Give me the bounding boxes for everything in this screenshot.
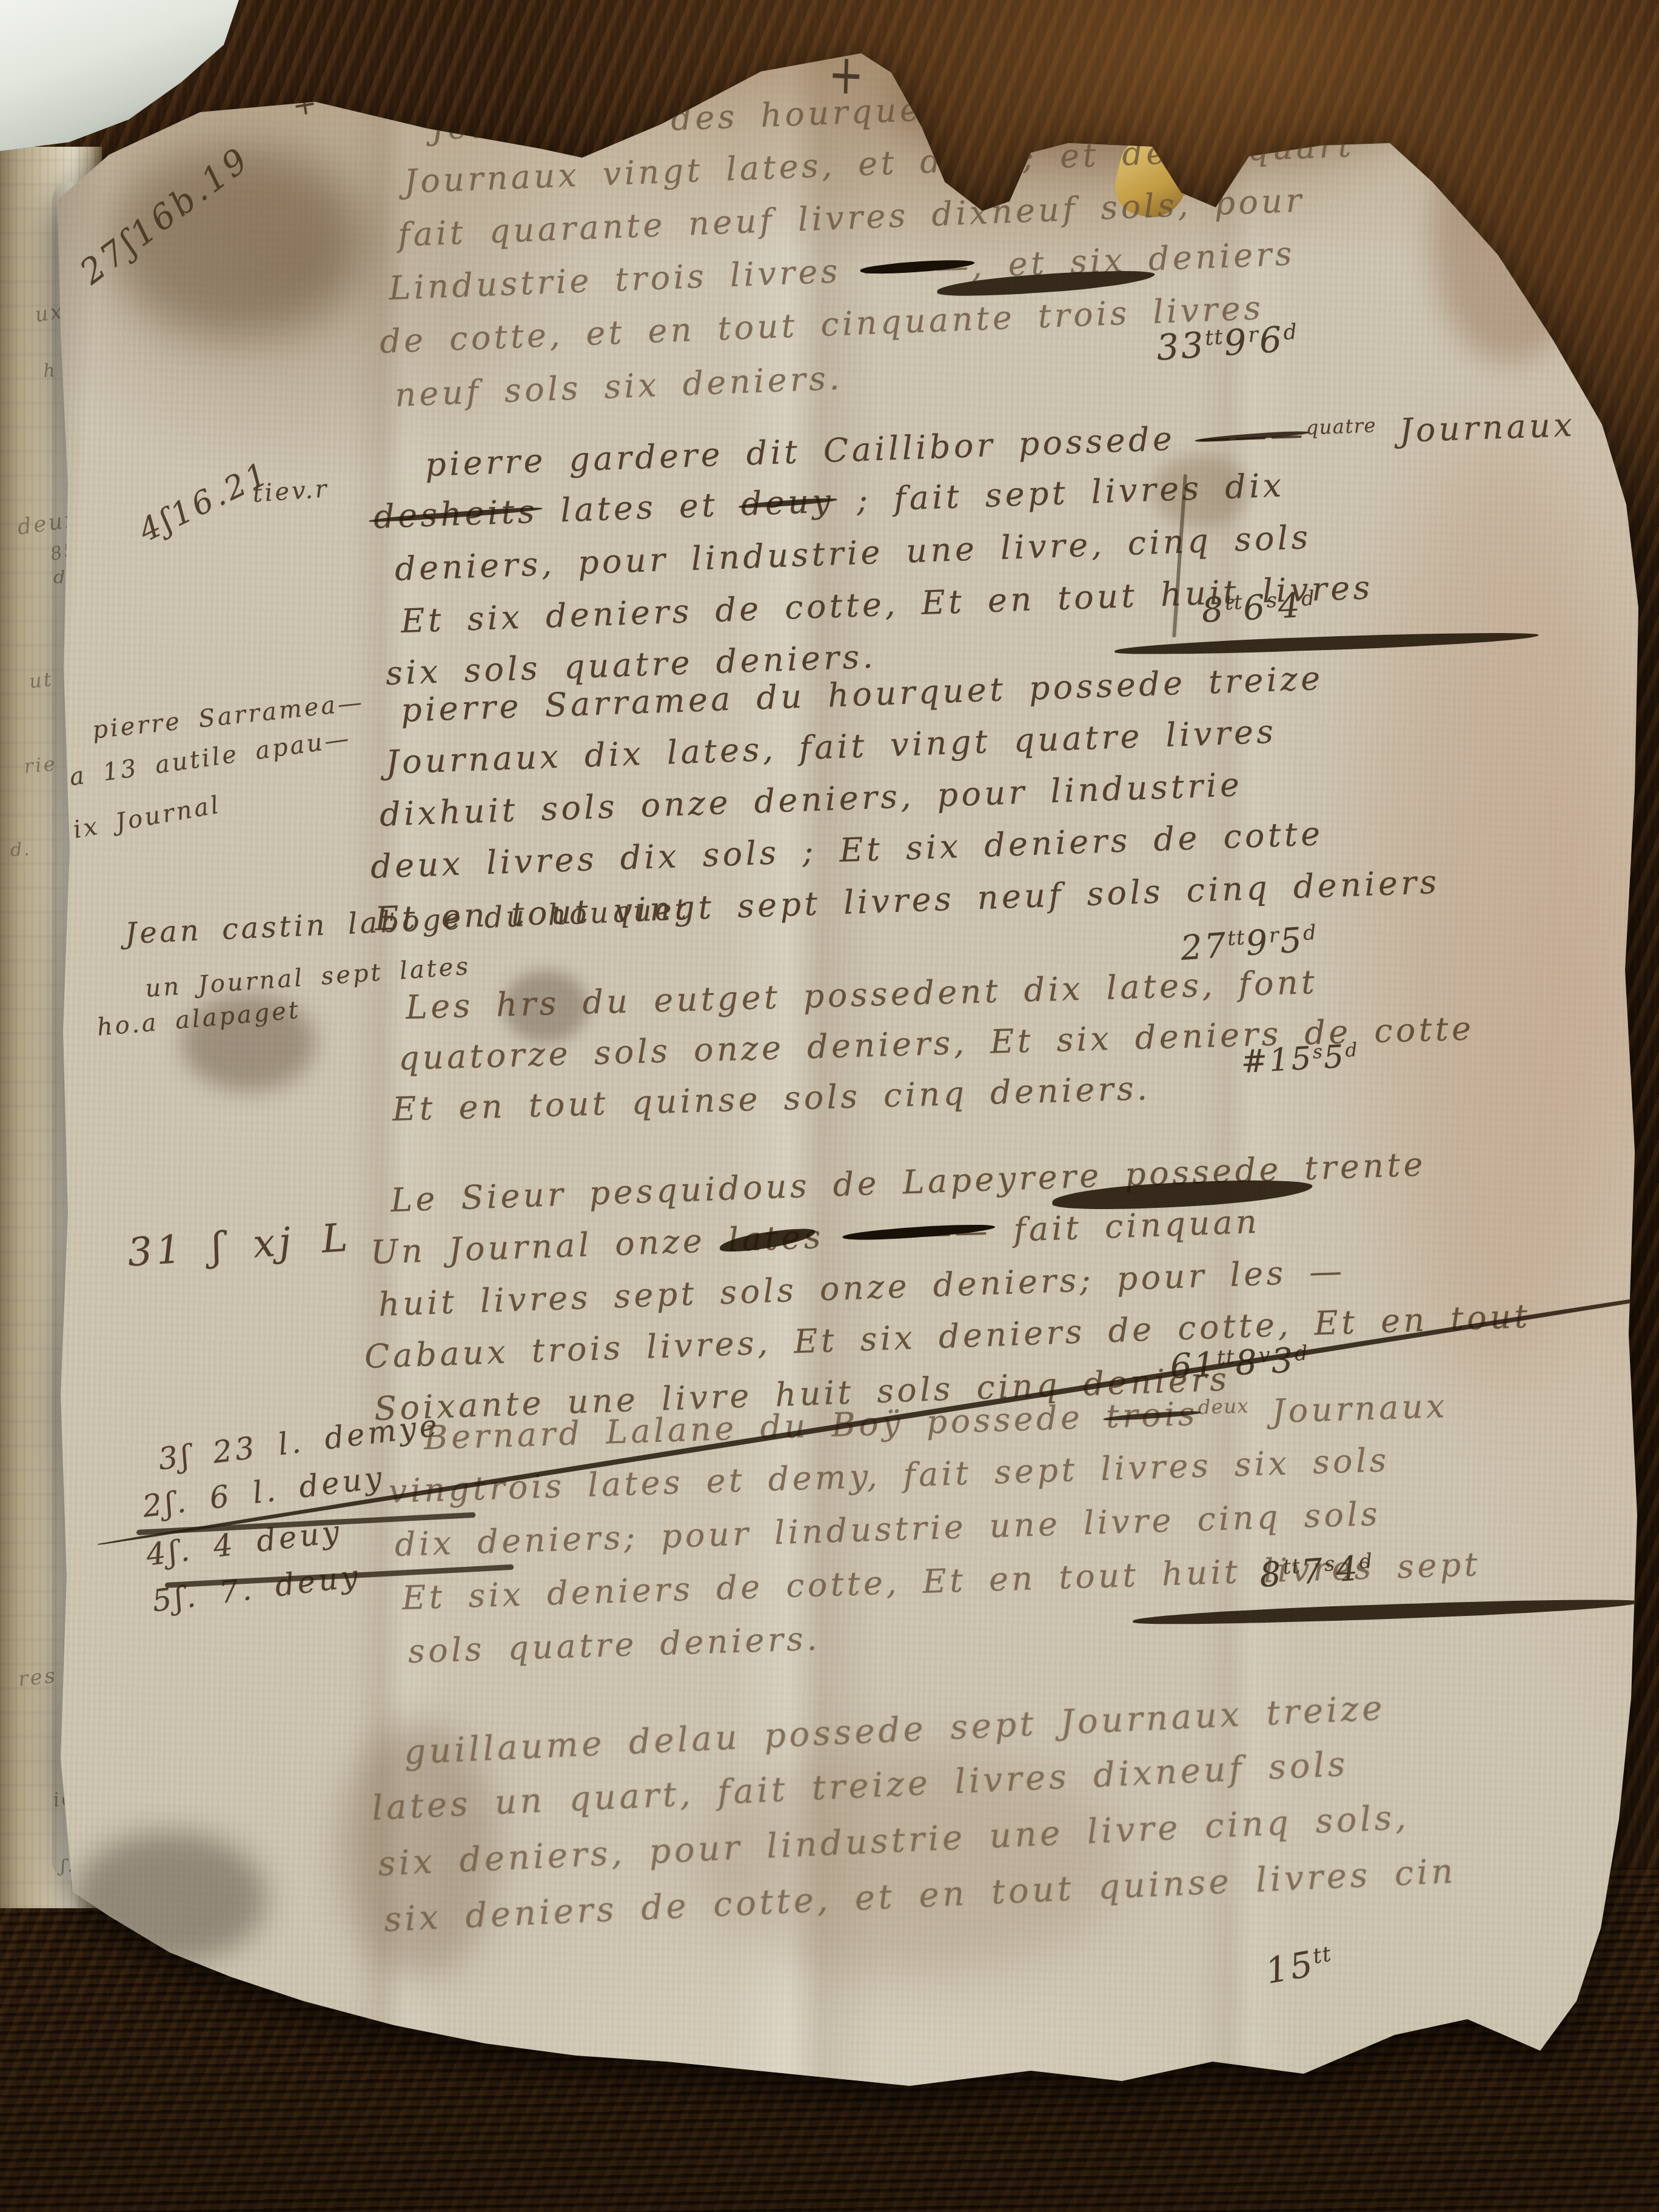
- amount-total: #15s5d: [1240, 1038, 1359, 1081]
- inserted-word: deux: [1198, 1394, 1249, 1419]
- cross-mark: +: [828, 46, 865, 103]
- ink-blot: [642, 40, 677, 66]
- text-segment: 15: [1262, 1943, 1318, 1992]
- margin-note: ho.a alapaget: [96, 996, 302, 1042]
- text-segment: 5: [1279, 920, 1305, 962]
- text-segment: sols quatre deniers.: [407, 1620, 821, 1671]
- entry-line: Et en tout quinse sols cinq deniers.: [392, 1069, 1151, 1128]
- entry-line: Journaux vingt lates, et demy; et demy q…: [403, 126, 1355, 201]
- inserted-word: tt: [1204, 325, 1224, 350]
- spine-text-fragment: ut: [28, 668, 55, 693]
- text-segment: 15: [1269, 1041, 1314, 1079]
- text-segment: 9: [1222, 321, 1250, 364]
- amount-total: 27tt9r5d: [1179, 919, 1319, 968]
- text-segment: Journaux: [1248, 1387, 1449, 1431]
- text-segment: 27: [1179, 926, 1229, 968]
- text-segment: 4: [1277, 586, 1302, 626]
- text-segment: #: [1240, 1043, 1270, 1081]
- text-segment: 33: [1155, 324, 1207, 368]
- text-segment: 4: [1335, 1549, 1361, 1590]
- register-entry-6: Bernard Lalane du Boÿ possede troisdeux …: [0, 0, 1659, 35]
- amount-total: 8tt6s4d: [1201, 585, 1316, 631]
- struck-word: ———: [863, 247, 972, 289]
- stain: [1431, 109, 1589, 364]
- folio-note: + deuy 9: [290, 63, 465, 124]
- inserted-word: d: [1344, 1039, 1358, 1062]
- text-segment: 9: [1244, 923, 1270, 964]
- photograph-of-manuscript: { "scene": { "description_labels": [], "…: [0, 0, 1659, 2212]
- struck-word: ———: [1198, 415, 1307, 457]
- entry-line: Jean delau des hourquets possede vingt e…: [431, 75, 1324, 147]
- inserted-word: d: [1302, 920, 1318, 945]
- text-segment: 8: [1258, 1554, 1284, 1595]
- cross-mark: +: [501, 8, 549, 83]
- margin-note: dix Journal: [53, 791, 223, 847]
- amount-total: 8tt7s4d: [1258, 1548, 1375, 1595]
- text-segment: 7: [1300, 1551, 1326, 1592]
- amount-total: 15tt: [1262, 1940, 1336, 1992]
- inserted-word: d: [1282, 320, 1298, 346]
- entry-line: pierre gardere dit Caillibor possede ———…: [424, 406, 1576, 484]
- text-segment: 8: [1201, 590, 1226, 631]
- register-entries: Jean delau des hourquets possede vingt e…: [0, 0, 1659, 35]
- struck-word: ————: [846, 1212, 991, 1255]
- spine-text-fragment: rie: [23, 752, 58, 778]
- text-segment: fait cinquan: [990, 1202, 1261, 1250]
- text-segment: neuf sols six deniers.: [394, 359, 843, 414]
- spine-text-fragment: h: [42, 360, 58, 381]
- ink-blot: [595, 48, 648, 86]
- inserted-word: tt: [1282, 1554, 1301, 1579]
- stain: [1364, 424, 1619, 1395]
- spine-text-fragment: d.: [10, 839, 32, 861]
- margin-note: 31 ʃ xj L: [126, 1215, 353, 1276]
- text-segment: Et en tout quinse sols cinq deniers.: [392, 1069, 1151, 1128]
- inserted-word: tt: [1224, 590, 1244, 615]
- entry-line: neuf sols six deniers.: [394, 359, 843, 414]
- struck-word: deuy: [740, 481, 835, 523]
- text-segment: 5: [1322, 1039, 1346, 1076]
- ink-blot: [1114, 629, 1539, 657]
- inserted-word: d: [1358, 1549, 1374, 1573]
- text-segment: Jean delau des hourquets possede vingt e…: [431, 75, 1324, 147]
- text-segment: lates et: [537, 485, 742, 531]
- stain: [73, 1831, 267, 1965]
- text-segment: Journaux: [1376, 406, 1576, 451]
- ink-blot: [1133, 1595, 1642, 1627]
- inserted-word: tt: [1311, 1942, 1333, 1969]
- inserted-word: quatre: [1305, 414, 1377, 439]
- text-segment: Journaux vingt lates, et demy; et demy q…: [403, 126, 1355, 201]
- inserted-word: d: [1301, 586, 1316, 611]
- text-segment: 6: [1258, 318, 1285, 361]
- text-segment: Lindustrie trois livres: [388, 251, 865, 307]
- inserted-word: s: [1266, 588, 1279, 612]
- manuscript-page: 27ʃ16b.19 + deuy 9 Jean delau des hourqu…: [0, 0, 1659, 2212]
- spine-text-fragment: d: [53, 567, 67, 588]
- inserted-word: tt: [1227, 925, 1246, 950]
- ink-blot: [678, 78, 702, 92]
- text-segment: ; fait sept livres dix: [833, 466, 1285, 520]
- struck-word: desheits: [373, 492, 538, 536]
- text-segment: 6: [1242, 588, 1268, 628]
- spine-text-fragment: res: [17, 1663, 58, 1691]
- entry-line: sols quatre deniers.: [407, 1620, 821, 1671]
